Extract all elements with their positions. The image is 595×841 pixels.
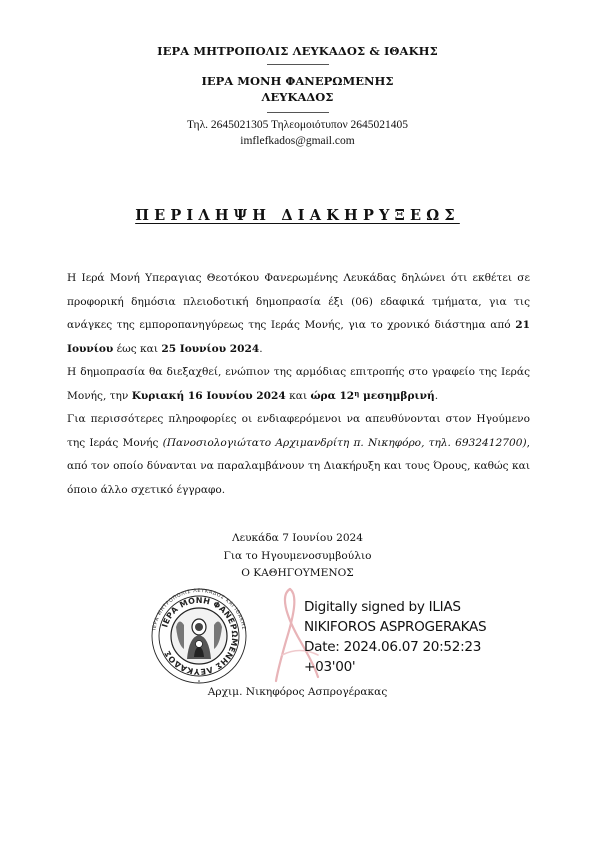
closing-block: Λευκάδα 7 Ιουνίου 2024 Για το Ηγουμενοσυ… xyxy=(0,530,595,583)
text-run: έως και xyxy=(113,343,161,355)
digital-signature-block[interactable]: Digitally signed by ILIAS NIKIFOROS ASPR… xyxy=(304,597,486,677)
signature-line: Digitally signed by ILIAS xyxy=(304,597,486,617)
phone-fax-line: Τηλ. 2645021305 Τηλεομοιότυπον 264502140… xyxy=(0,117,595,133)
document-title: ΠΕΡΙΛΗΨΗ ΔΙΑΚΗΡΥΞΕΩΣ xyxy=(0,207,595,224)
paragraph-auction-notice: Η Ιερά Μονή Υπεραγιας Θεοτόκου Φανερωμέν… xyxy=(67,267,530,361)
text-run: και xyxy=(286,390,311,402)
body-text: Η Ιερά Μονή Υπεραγιας Θεοτόκου Φανερωμέν… xyxy=(67,267,530,502)
signature-timezone: +03'00' xyxy=(304,657,486,677)
monastery-heading-line2: ΛΕΥΚΑΔΟΣ xyxy=(0,89,595,105)
signer-role: Ο ΚΑΘΗΓΟΥΜΕΝΟΣ xyxy=(0,565,595,583)
auction-time: ώρα 12η μεσημβρινή xyxy=(310,390,434,402)
text-run: . xyxy=(259,343,262,355)
signature-line: NIKIFOROS ASPROGERAKAS xyxy=(304,617,486,637)
monastery-heading: ΙΕΡΑ ΜΟΝΗ ΦΑΝΕΡΩΜΕΝΗΣ ΛΕΥΚΑΔΟΣ xyxy=(0,73,595,105)
text-run: μεσημβρινή xyxy=(359,390,434,402)
paragraph-contact-info: Για περισσότερες πληροφορίες οι ενδιαφερ… xyxy=(67,408,530,502)
paragraph-auction-date: Η δημοπρασία θα διεξαχθεί, ενώπιον της α… xyxy=(67,361,530,408)
text-run: Η Ιερά Μονή Υπεραγιας Θεοτόκου Φανερωμέν… xyxy=(67,272,530,331)
signature-date: Date: 2024.06.07 20:52:23 xyxy=(304,637,486,657)
abbot-contact: (Πανοσιολογιώτατο Αρχιμανδρίτη π. Νικηφό… xyxy=(163,437,527,449)
contact-info: Τηλ. 2645021305 Τηλεομοιότυπον 264502140… xyxy=(0,117,595,149)
monastery-heading-line1: ΙΕΡΑ ΜΟΝΗ ΦΑΝΕΡΩΜΕΝΗΣ xyxy=(0,73,595,89)
header-divider xyxy=(267,112,329,113)
place-date: Λευκάδα 7 Ιουνίου 2024 xyxy=(0,530,595,548)
monastery-seal-icon: ΙΕΡΑ ΜΗΤΡΟΠΟΛΙΣ ΛΕΥΚΑΔΟΣ ΚΑΙ ΙΘΑΚΗΣ ΙΕΡΑ… xyxy=(149,587,249,685)
document-title-text: ΠΕΡΙΛΗΨΗ ΔΙΑΚΗΡΥΞΕΩΣ xyxy=(135,207,460,224)
metropolis-heading: ΙΕΡΑ ΜΗΤΡΟΠΟΛΙΣ ΛΕΥΚΑΔΟΣ & ΙΘΑΚΗΣ xyxy=(0,44,595,58)
auction-date: Κυριακή 16 Ιουνίου 2024 xyxy=(132,390,286,402)
header-divider xyxy=(267,64,329,65)
on-behalf-of: Για το Ηγουμενοσυμβούλιο xyxy=(0,548,595,566)
email-address[interactable]: imflefkados@gmail.com xyxy=(0,133,595,149)
document-page: ΙΕΡΑ ΜΗΤΡΟΠΟΛΙΣ ΛΕΥΚΑΔΟΣ & ΙΘΑΚΗΣ ΙΕΡΑ Μ… xyxy=(0,0,595,841)
signer-name: Αρχιμ. Νικηφόρος Ασπρογέρακας xyxy=(0,686,595,698)
text-run: ώρα 12 xyxy=(310,390,354,402)
date-end: 25 Ιουνίου 2024 xyxy=(161,343,259,355)
text-run: . xyxy=(435,390,438,402)
